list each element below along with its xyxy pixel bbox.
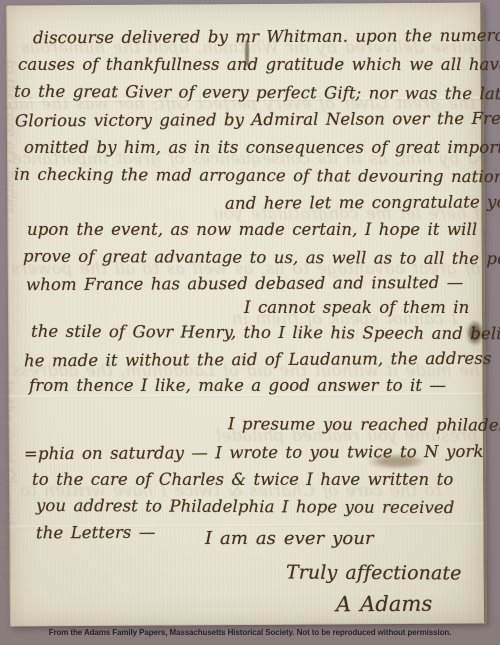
archive-caption: From the Adams Family Papers, Massachuse… [0,627,500,639]
paper-crease [9,393,482,399]
paper-crease [8,97,481,103]
paper-crease [10,523,483,529]
letter-paper [6,3,487,627]
scanned-letter-page: discourse delivered by mr Whitman. upon … [0,0,500,645]
